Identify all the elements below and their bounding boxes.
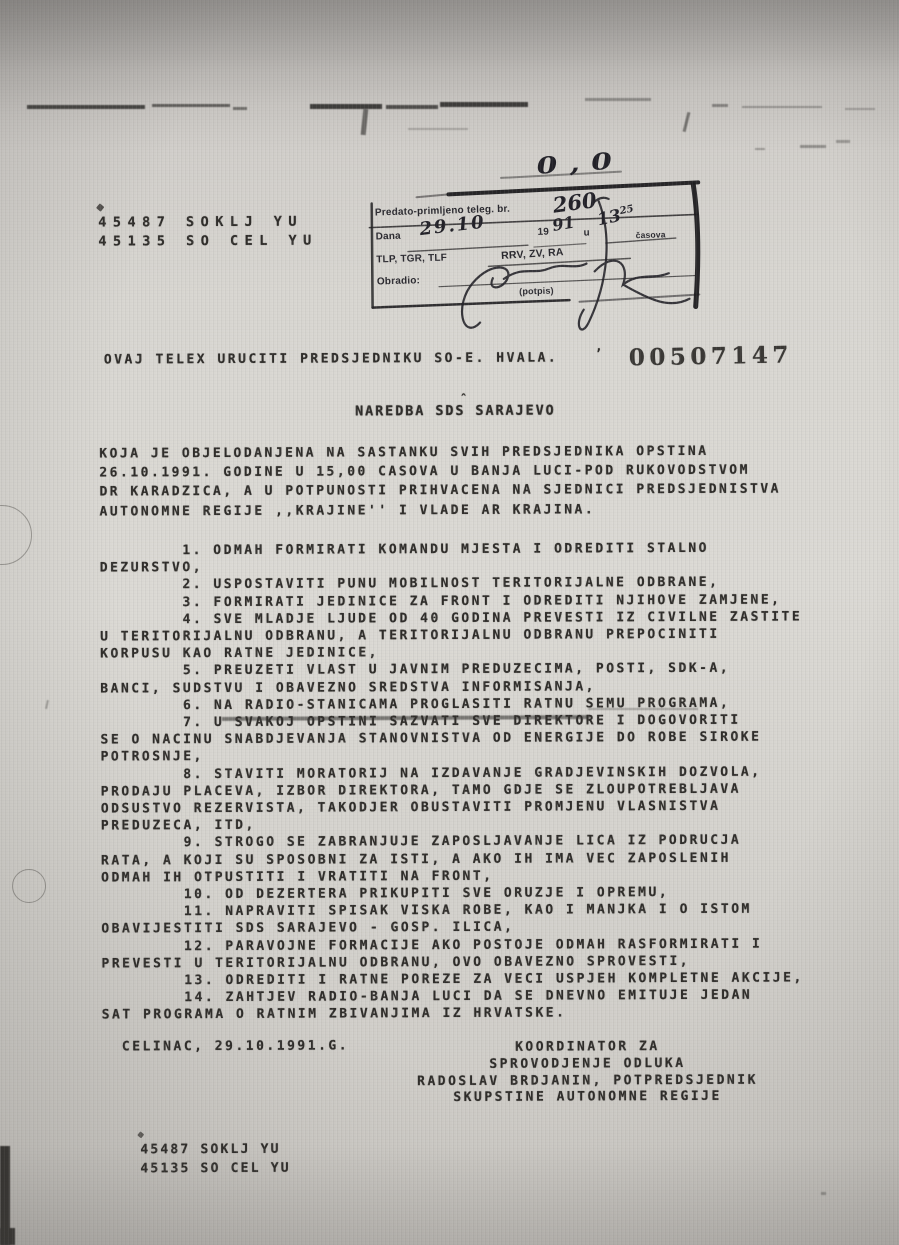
order-line: 12. PARAVOJNE FORMACIJE AKO POSTOJE ODMA…	[101, 935, 803, 955]
stamp-processed-label: Obradio:	[377, 275, 421, 287]
signatory-line: RADOSLAV BRDJANIN, POTPREDSJEDNIK	[415, 1072, 760, 1090]
typed-mark	[137, 1131, 144, 1138]
stamp-hours-label: časova	[636, 229, 666, 240]
minute-value: 25	[619, 204, 635, 218]
signatory-line: SPROVODJENJE ODLUKA	[415, 1055, 760, 1073]
telex-code-line: 45135 SO CEL YU	[98, 232, 318, 252]
document-title: NAREDBA SDS SARAJEVO	[355, 403, 556, 420]
order-line: SE O NACINU SNABDJEVANJA STANOVNISTVA OD…	[100, 729, 802, 749]
order-line: U TERITORIJALNU ODBRANU, A TERITORIJALNU…	[100, 625, 802, 645]
order-items: 1. ODMAH FORMIRATI KOMANDU MJESTA I ODRE…	[100, 539, 804, 1024]
intro-line: DR KARADZICA, A U POTPUNOSTI PRIHVACENA …	[99, 480, 781, 502]
signatory-line: SKUPSTINE AUTONOMNE REGIJE	[415, 1089, 760, 1107]
document-number-stamp: 00507147	[629, 341, 793, 371]
order-line: RATA, A KOJI SU SPOSOBNI ZA ISTI, A AKO …	[101, 849, 803, 869]
stamp-year-prefix: 19	[537, 227, 549, 238]
delivery-instruction: OVAJ TELEX URUCITI PREDSJEDNIKU SO-E. HV…	[104, 351, 558, 368]
signatory-line: KOORDINATOR ZA	[415, 1039, 760, 1057]
stamp-at-label: u	[583, 227, 590, 238]
scan-speck	[460, 392, 467, 406]
order-line: 1. ODMAH FORMIRATI KOMANDU MJESTA I ODRE…	[100, 539, 802, 559]
telex-code-line: 45487 SOKLJ YU	[98, 213, 318, 233]
intro-line: AUTONOMNE REGIJE ,,KRAJINE'' I VLADE AR …	[99, 499, 781, 521]
order-line: SAT PROGRAMA O RATNIM ZBIVANJIMA IZ HRVA…	[102, 1004, 804, 1024]
telex-header-codes: 45487 SOKLJ YU45135 SO CEL YU	[98, 213, 318, 252]
telex-code-line: 45487 SOKLJ YU	[140, 1141, 290, 1160]
order-line: 5. PREUZETI VLAST U JAVNIM PREDUZECIMA, …	[100, 660, 802, 680]
document-photo: 45487 SOKLJ YU45135 SO CEL YU OVAJ TELEX…	[0, 0, 899, 1245]
telex-code-line: 45135 SO CEL YU	[140, 1159, 290, 1178]
signatory-block: KOORDINATOR ZASPROVODJENJE ODLUKARADOSLA…	[415, 1039, 760, 1108]
telex-footer-codes: 45487 SOKLJ YU45135 SO CEL YU	[140, 1141, 291, 1179]
typed-mark	[96, 203, 104, 211]
intro-paragraph: KOJA JE OBJELODANJENA NA SASTANKU SVIH P…	[99, 442, 781, 522]
stamp-date-label: Dana	[375, 231, 401, 243]
scan-speck	[595, 346, 605, 360]
handwritten-year: 91	[551, 212, 576, 234]
order-line: ODSUSTVO REZERVISTA, TAKODJER OBUSTAVITI…	[101, 798, 803, 818]
stamp-signature-caption: (potpis)	[519, 286, 554, 297]
stamp-channels-label: TLP, TGR, TLF	[376, 252, 447, 265]
place-date-line: CELINAC, 29.10.1991.G.	[122, 1038, 349, 1054]
receipt-stamp: 0,0 Predato-primljeno teleg. br. 260 Dan…	[365, 148, 705, 347]
